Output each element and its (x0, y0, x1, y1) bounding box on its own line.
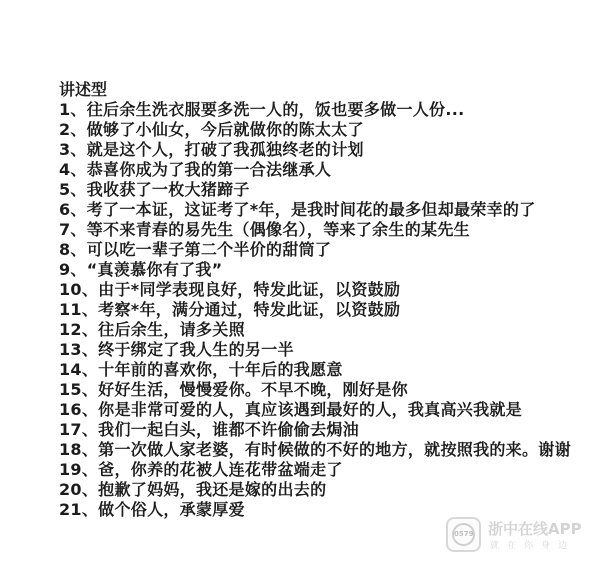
item-text: 恭喜你成为了我的第一合法继承人 (87, 160, 332, 179)
item-number: 12、 (59, 320, 98, 340)
item-text: 你是非常可爱的人，真应该遇到最好的人，我真高兴我就是 (98, 400, 522, 419)
list-item: 11、考察*年，满分通过，特发此证，以资鼓励 (59, 300, 599, 320)
app-watermark: 0579 浙中在线APP 就在你身边 (446, 517, 596, 555)
list-item: 12、往后余生，请多关照 (59, 320, 599, 340)
caption-list: 1、往后余生洗衣服要多洗一人的，饭也要多做一人份... 2、做够了小仙女，今后就… (59, 100, 599, 520)
item-text: 爸，你养的花被人连花带盆端走了 (98, 460, 343, 479)
list-item: 16、你是非常可爱的人，真应该遇到最好的人，我真高兴我就是 (59, 400, 599, 420)
item-text: 由于*同学表现良好，特发此证，以资鼓励 (98, 280, 400, 299)
list-item: 8、可以吃一辈子第二个半价的甜筒了 (59, 240, 599, 260)
item-number: 2、 (59, 120, 87, 140)
item-number: 4、 (59, 160, 87, 180)
item-text: 做够了小仙女，今后就做你的陈太太了 (87, 120, 364, 139)
document-title: 讲述型 (59, 80, 599, 100)
item-text: 好好生活，慢慢爱你。不早不晚，刚好是你 (98, 380, 408, 399)
list-item: 14、十年前的喜欢你，十年后的我愿意 (59, 360, 599, 380)
list-item: 18、第一次做人家老婆，有时候做的不好的地方，就按照我的来。谢谢 (59, 440, 599, 460)
item-text: 就是这个人，打破了我孤独终老的计划 (87, 140, 364, 159)
item-number: 3、 (59, 140, 87, 160)
item-text: 做个俗人，承蒙厚爱 (98, 500, 245, 519)
app-logo-icon: 0579 (446, 517, 481, 552)
logo-emblem: 0579 (452, 523, 475, 546)
item-text: 等不来青春的易先生（偶像名），等来了余生的某先生 (87, 220, 470, 239)
item-number: 17、 (59, 420, 98, 440)
list-item: 9、“真羡慕你有了我” (59, 260, 599, 280)
item-text: 考察*年，满分通过，特发此证，以资鼓励 (98, 300, 400, 319)
item-number: 20、 (59, 480, 98, 500)
item-text: 考了一本证，这证考了*年，是我时间花的最多但却最荣幸的了 (87, 200, 536, 219)
list-item: 2、做够了小仙女，今后就做你的陈太太了 (59, 120, 599, 140)
item-number: 19、 (59, 460, 98, 480)
item-text: “真羡慕你有了我” (87, 260, 223, 279)
list-item: 1、往后余生洗衣服要多洗一人的，饭也要多做一人份... (59, 100, 599, 120)
item-text: 我们一起白头，谁都不许偷偷去焗油 (98, 420, 359, 439)
list-item: 7、等不来青春的易先生（偶像名），等来了余生的某先生 (59, 220, 599, 240)
item-text: 可以吃一辈子第二个半价的甜筒了 (87, 240, 332, 259)
item-text: 终于绑定了我人生的另一半 (98, 340, 294, 359)
item-number: 15、 (59, 380, 98, 400)
item-number: 8、 (59, 240, 87, 260)
list-item: 17、我们一起白头，谁都不许偷偷去焗油 (59, 420, 599, 440)
item-number: 13、 (59, 340, 98, 360)
watermark-app-name: 浙中在线APP (488, 518, 582, 539)
item-number: 10、 (59, 280, 98, 300)
item-number: 6、 (59, 200, 87, 220)
item-number: 21、 (59, 500, 98, 520)
item-number: 1、 (59, 100, 87, 120)
item-number: 18、 (59, 440, 98, 460)
item-text: 抱歉了妈妈，我还是嫁的出去的 (98, 480, 326, 499)
item-text: 我收获了一枚大猪蹄子 (87, 180, 250, 199)
item-number: 9、 (59, 260, 87, 280)
item-number: 14、 (59, 360, 98, 380)
list-item: 4、恭喜你成为了我的第一合法继承人 (59, 160, 599, 180)
watermark-slogan: 就在你身边 (490, 538, 575, 551)
item-number: 16、 (59, 400, 98, 420)
list-item: 13、终于绑定了我人生的另一半 (59, 340, 599, 360)
item-number: 11、 (59, 300, 98, 320)
item-number: 5、 (59, 180, 87, 200)
item-number: 7、 (59, 220, 87, 240)
list-item: 10、由于*同学表现良好，特发此证，以资鼓励 (59, 280, 599, 300)
list-item: 3、就是这个人，打破了我孤独终老的计划 (59, 140, 599, 160)
item-text: 十年前的喜欢你，十年后的我愿意 (98, 360, 343, 379)
list-item: 5、我收获了一枚大猪蹄子 (59, 180, 599, 200)
list-item: 19、爸，你养的花被人连花带盆端走了 (59, 460, 599, 480)
item-text: 往后余生洗衣服要多洗一人的，饭也要多做一人份... (87, 100, 465, 119)
document-body: 讲述型 1、往后余生洗衣服要多洗一人的，饭也要多做一人份... 2、做够了小仙女… (59, 80, 599, 520)
list-item: 6、考了一本证，这证考了*年，是我时间花的最多但却最荣幸的了 (59, 200, 599, 220)
list-item: 15、好好生活，慢慢爱你。不早不晚，刚好是你 (59, 380, 599, 400)
item-text: 第一次做人家老婆，有时候做的不好的地方，就按照我的来。谢谢 (98, 440, 571, 459)
list-item: 20、抱歉了妈妈，我还是嫁的出去的 (59, 480, 599, 500)
item-text: 往后余生，请多关照 (98, 320, 245, 339)
